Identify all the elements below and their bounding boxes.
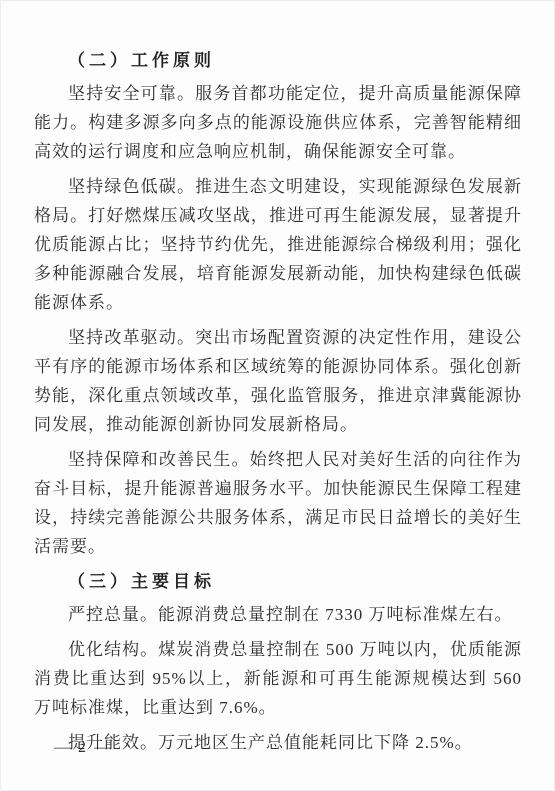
paragraph-reform-driven: 坚持改革驱动。突出市场配置资源的决定性作用，建设公平有序的能源市场体系和区域统筹… — [34, 323, 522, 439]
paragraph-total-control: 严控总量。能源消费总量控制在 7330 万吨标准煤左右。 — [34, 600, 522, 629]
page-number: — 2 — — [54, 739, 112, 757]
paragraph-safe-reliable: 坚持安全可靠。服务首都功能定位，提升高质量能源保障能力。构建多源多向多点的能源设… — [34, 79, 522, 166]
document-page: （二）工作原则 坚持安全可靠。服务首都功能定位，提升高质量能源保障能力。构建多源… — [0, 0, 555, 791]
document-body: （二）工作原则 坚持安全可靠。服务首都功能定位，提升高质量能源保障能力。构建多源… — [34, 46, 522, 763]
paragraph-green-lowcarbon: 坚持绿色低碳。推进生态文明建设，实现能源绿色发展新格局。打好燃煤压减攻坚战，推进… — [34, 172, 522, 317]
paragraph-structure-optimization: 优化结构。煤炭消费总量控制在 500 万吨以内，优质能源消费比重达到 95%以上… — [34, 635, 522, 722]
section-heading-work-principles: （二）工作原则 — [34, 46, 522, 75]
paragraph-livelihood: 坚持保障和改善民生。始终把人民对美好生活的向往作为奋斗目标，提升能源普遍服务水平… — [34, 445, 522, 561]
section-heading-main-goals: （三）主要目标 — [34, 567, 522, 596]
